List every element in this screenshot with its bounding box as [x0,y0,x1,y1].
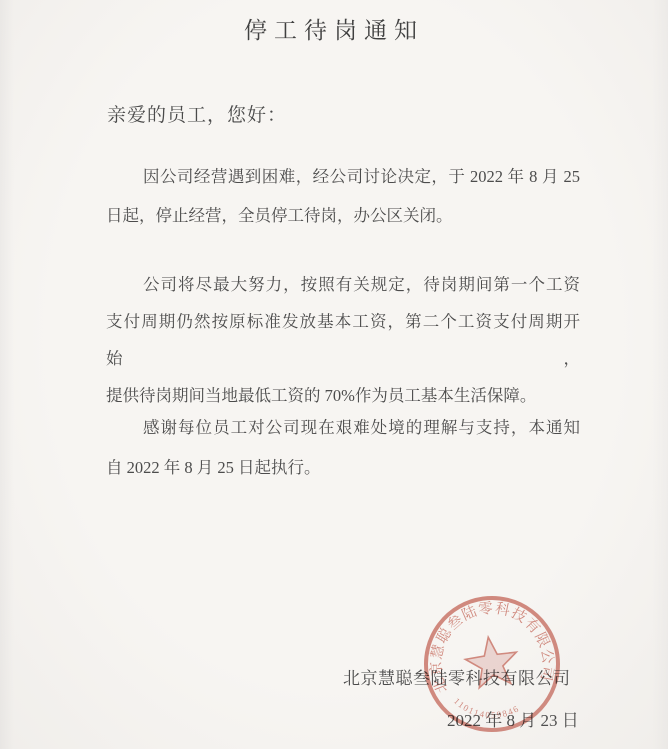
paragraph-line: 因公司经营遇到困难，经公司讨论决定，于 2022 年 8 月 25 [106,157,580,196]
signature-company: 北京慧聪叁陆零科技有限公司 [343,664,571,689]
paragraph-2: 公司将尽最大努力，按照有关规定，待岗期间第一个工资 支付周期仍然按原标准发放基本… [106,266,580,414]
document-page: 停工待岗通知 亲爱的员工，您好： 因公司经营遇到困难，经公司讨论决定，于 202… [0,0,668,749]
paragraph-3: 感谢每位员工对公司现在艰难处境的理解与支持，本通知 自 2022 年 8 月 2… [106,408,580,488]
salutation: 亲爱的员工，您好： [107,100,287,127]
paragraph-line: 支付周期仍然按原标准发放基本工资，第二个工资支付周期开始， [106,303,580,377]
paragraph-line: 感谢每位员工对公司现在艰难处境的理解与支持，本通知 [106,408,580,448]
notice-title: 停工待岗通知 [0,14,668,48]
paragraph-line: 日起，停止经营，全员停工待岗，办公区关闭。 [106,196,580,235]
paragraph-line: 公司将尽最大努力，按照有关规定，待岗期间第一个工资 [106,266,580,303]
signature-date: 2022 年 8 月 23 日 [447,706,579,731]
paragraph-1: 因公司经营遇到困难，经公司讨论决定，于 2022 年 8 月 25 日起，停止经… [106,157,580,235]
paragraph-line: 自 2022 年 8 月 25 日起执行。 [106,448,580,488]
